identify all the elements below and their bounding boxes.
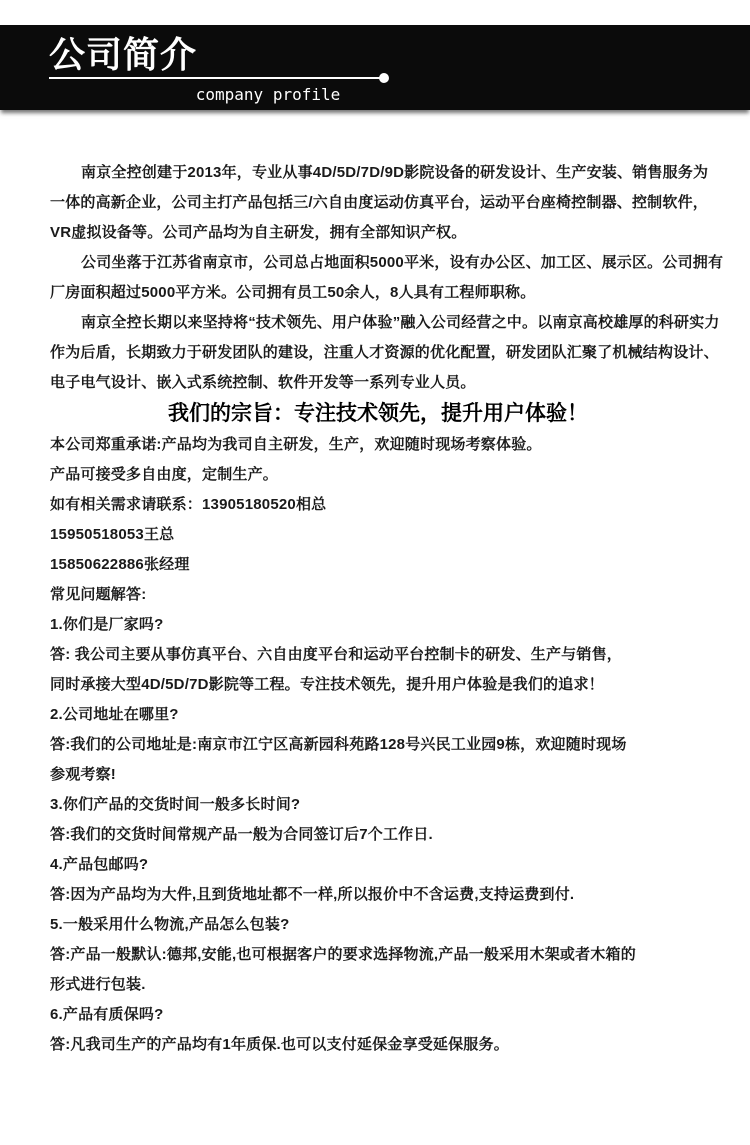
- faq-question: 3.你们产品的交货时间一般多长时间?: [50, 790, 706, 820]
- faq-line: 本公司郑重承诺:产品均为我司自主研发，生产，欢迎随时现场考察体验。: [50, 430, 706, 460]
- title-underline: [49, 77, 383, 79]
- page-subtitle: company profile: [168, 85, 368, 105]
- page-title: 公司简介: [49, 36, 197, 74]
- intro-line: VR虚拟设备等。公司产品均为自主研发，拥有全部知识产权。: [50, 218, 706, 248]
- faq-line: 如有相关需求请联系：13905180520相总: [50, 490, 706, 520]
- profile-body: 南京全控创建于2013年，专业从事4D/5D/7D/9D影院设备的研发设计、生产…: [50, 158, 706, 1060]
- intro-line: 南京全控长期以来坚持将“技术领先、用户体验”融入公司经营之中。以南京高校雄厚的科…: [50, 308, 706, 338]
- faq-line: 15950518053王总: [50, 520, 706, 550]
- intro-line: 厂房面积超过5000平方米。公司拥有员工50余人，8人具有工程师职称。: [50, 278, 706, 308]
- faq-answer: 答:凡我司生产的产品均有1年质保.也可以支付延保金享受延保服务。: [50, 1030, 706, 1060]
- faq-question: 1.你们是厂家吗?: [50, 610, 706, 640]
- faq-question: 2.公司地址在哪里?: [50, 700, 706, 730]
- faq-answer: 答:我们的公司地址是:南京市江宁区高新园科苑路128号兴民工业园9栋，欢迎随时现…: [50, 730, 706, 760]
- faq-line: 常见问题解答:: [50, 580, 706, 610]
- faq-answer: 答: 我公司主要从事仿真平台、六自由度平台和运动平台控制卡的研发、生产与销售，: [50, 640, 706, 670]
- underline-dot-icon: [379, 73, 389, 83]
- intro-line: 作为后盾，长期致力于研发团队的建设，注重人才资源的优化配置，研发团队汇聚了机械结…: [50, 338, 706, 368]
- faq-answer: 答:因为产品均为大件,且到货地址都不一样,所以报价中不含运费,支持运费到付.: [50, 880, 706, 910]
- faq-answer: 答:产品一般默认:德邦,安能,也可根据客户的要求选择物流,产品一般采用木架或者木…: [50, 940, 706, 970]
- company-profile-page: 公司简介 company profile 南京全控创建于2013年，专业从事4D…: [0, 0, 750, 1145]
- header-banner: 公司简介 company profile: [0, 25, 750, 110]
- faq-question: 4.产品包邮吗?: [50, 850, 706, 880]
- faq-question: 6.产品有质保吗?: [50, 1000, 706, 1030]
- faq-answer: 参观考察!: [50, 760, 706, 790]
- intro-line: 一体的高新企业，公司主打产品包括三/六自由度运动仿真平台，运动平台座椅控制器、控…: [50, 188, 706, 218]
- intro-line: 电子电气设计、嵌入式系统控制、软件开发等一系列专业人员。: [50, 368, 706, 398]
- slogan: 我们的宗旨：专注技术领先，提升用户体验！: [50, 398, 706, 430]
- faq-line: 产品可接受多自由度，定制生产。: [50, 460, 706, 490]
- faq-answer: 同时承接大型4D/5D/7D影院等工程。专注技术领先，提升用户体验是我们的追求！: [50, 670, 706, 700]
- intro-line: 南京全控创建于2013年，专业从事4D/5D/7D/9D影院设备的研发设计、生产…: [50, 158, 706, 188]
- faq-question: 5.一般采用什么物流,产品怎么包装?: [50, 910, 706, 940]
- intro-line: 公司坐落于江苏省南京市，公司总占地面积5000平米，设有办公区、加工区、展示区。…: [50, 248, 706, 278]
- faq-answer: 答:我们的交货时间常规产品一般为合同签订后7个工作日.: [50, 820, 706, 850]
- faq-line: 15850622886张经理: [50, 550, 706, 580]
- faq-answer: 形式进行包装.: [50, 970, 706, 1000]
